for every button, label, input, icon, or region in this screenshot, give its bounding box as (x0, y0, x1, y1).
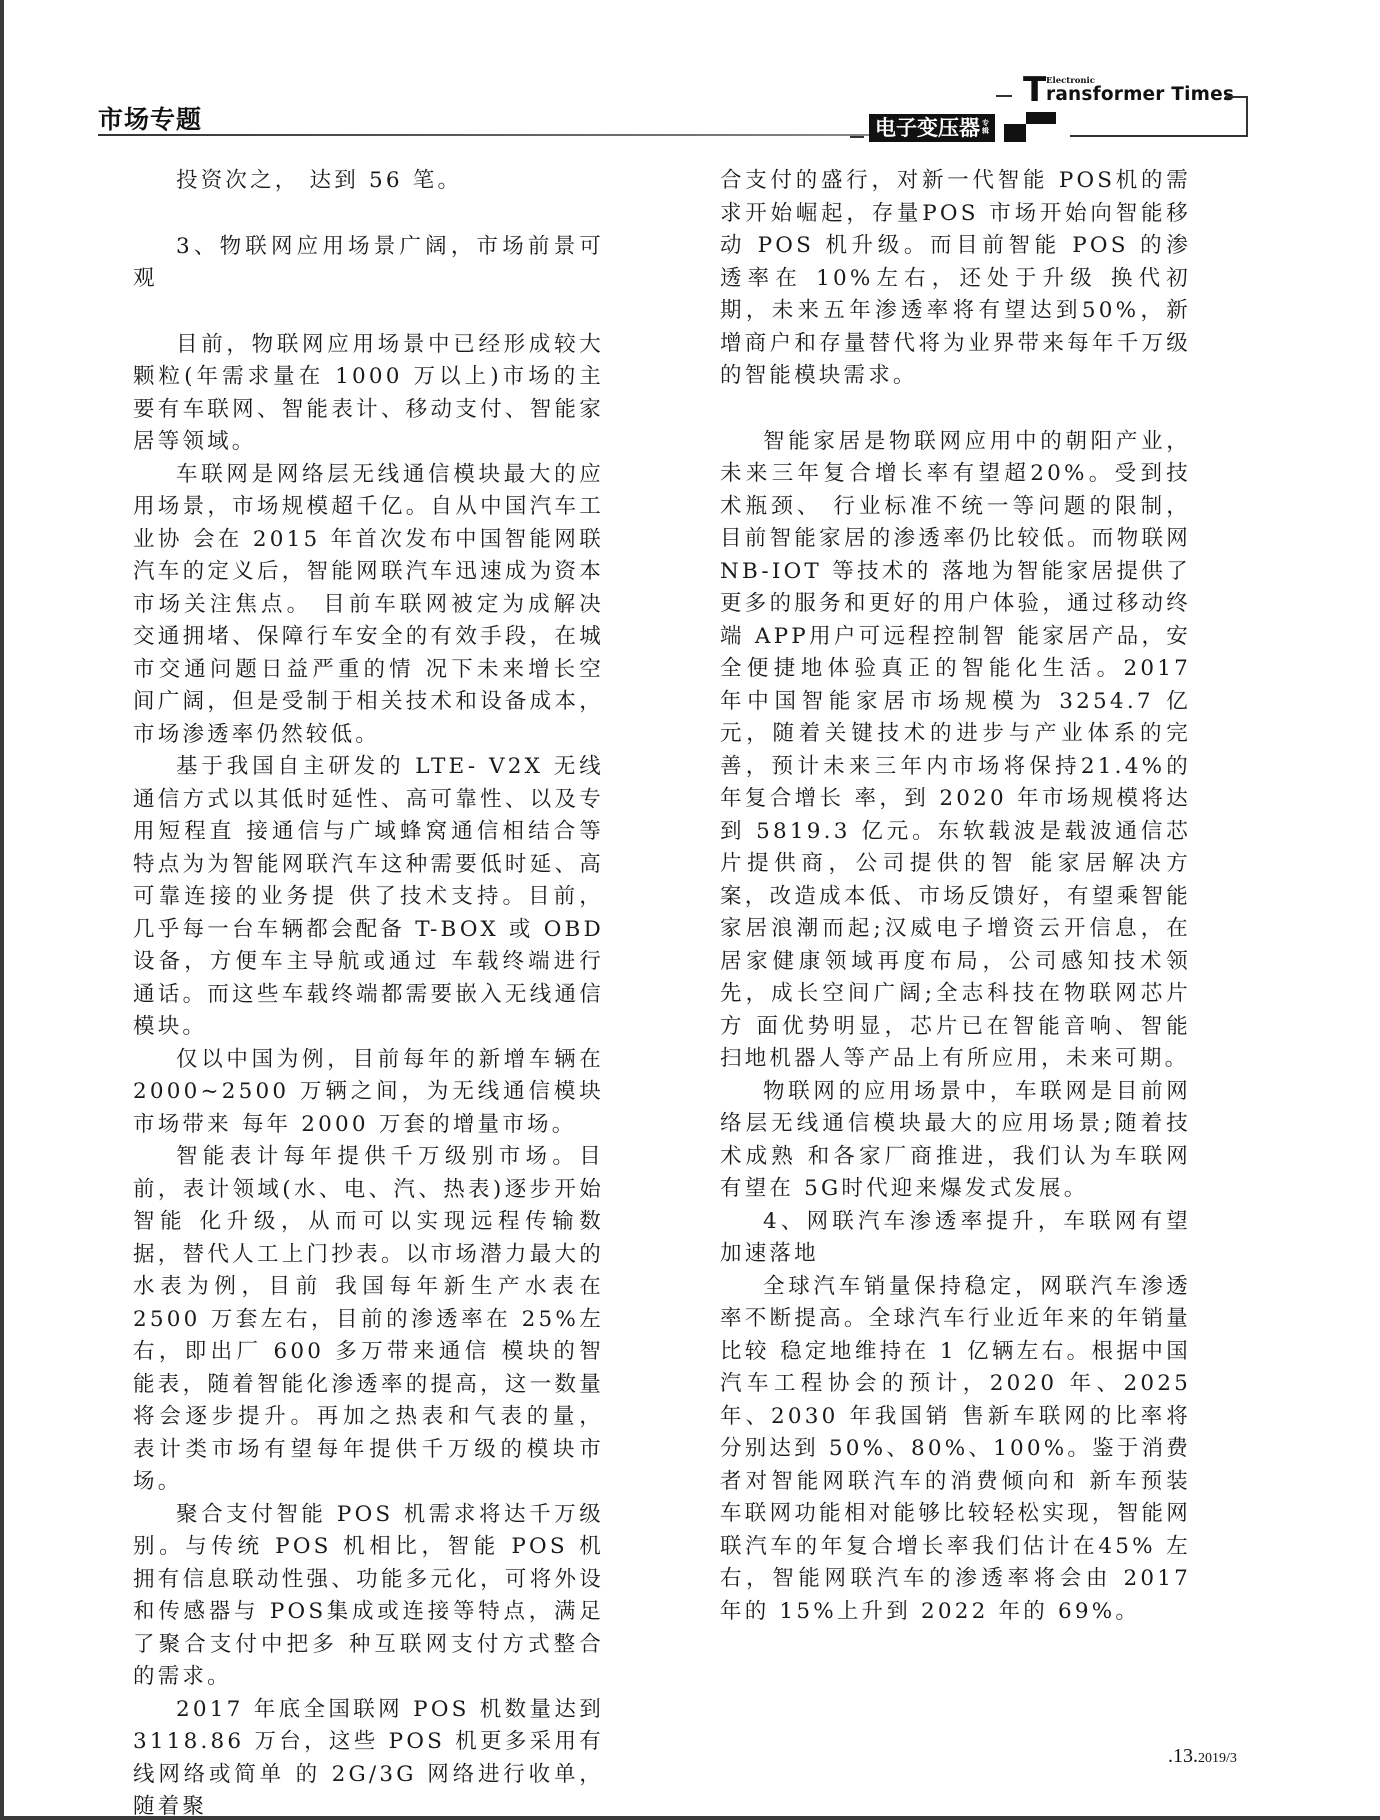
journal-dash-left (996, 95, 1012, 97)
right-column: 合支付的盛行，对新一代智能 POS机的需求开始崛起，存量POS 市场开始向智能移… (720, 165, 1191, 1628)
section-heading: 3、物联网应用场景广阔，市场前景可观 (133, 231, 604, 296)
section-heading: 4、网联汽车渗透率提升，车联网有望加速落地 (720, 1206, 1191, 1271)
paragraph: 基于我国自主研发的 LTE- V2X 无线通信方式以其低时延性、高可靠性、以及专… (133, 751, 604, 1044)
header-rule (98, 134, 876, 136)
journal-logo-name: ransformer Times (1046, 84, 1234, 105)
left-column: 投资次之， 达到 56 笔。 3、物联网应用场景广阔，市场前景可观 目前，物联网… (133, 165, 604, 1820)
paragraph: 2017 年底全国联网 POS 机数量达到 3118.86 万台，这些 POS … (133, 1694, 604, 1820)
journal-dash-right (1225, 96, 1247, 98)
journal-bottom-line (1070, 135, 1248, 137)
paragraph: 仅以中国为例，目前每年的新增车辆在 2000~2500 万辆之间，为无线通信模块… (133, 1044, 604, 1142)
page-number: .13.2019/3 (1168, 1745, 1237, 1768)
paragraph: 智能家居是物联网应用中的朝阳产业，未来三年复合增长率有望超20%。受到技术瓶颈、… (720, 426, 1191, 1076)
paragraph: 物联网的应用场景中，车联网是目前网络层无线通信模块最大的应用场景;随着技术成熟 … (720, 1076, 1191, 1206)
paragraph: 目前，物联网应用场景中已经形成较大颗粒(年需求量在 1000 万以上)市场的主要… (133, 329, 604, 459)
banner-line (850, 136, 864, 138)
banner-title: 电子变压器 (875, 118, 980, 139)
banner-subtitle: 专 辑 (982, 120, 989, 135)
issue-date: 2019/3 (1198, 1751, 1237, 1766)
paragraph: 聚合支付智能 POS 机需求将达千万级别。与传统 POS 机相比，智能 POS … (133, 1499, 604, 1694)
journal-banner: 电子变压器 专 辑 (869, 114, 995, 142)
banner-step-decoration (1004, 124, 1026, 142)
banner-step-decoration (1026, 112, 1056, 124)
paragraph: 车联网是网络层无线通信模块最大的应用场景，市场规模超千亿。自从中国汽车工业协 会… (133, 459, 604, 752)
page-border-left (0, 0, 4, 1820)
paragraph: 投资次之， 达到 56 笔。 (133, 165, 604, 198)
section-title: 市场专题 (98, 100, 202, 136)
journal-bracket (1246, 96, 1248, 137)
paragraph: 全球汽车销量保持稳定，网联汽车渗透率不断提高。全球汽车行业近年来的年销量比较 稳… (720, 1271, 1191, 1629)
paragraph: 合支付的盛行，对新一代智能 POS机的需求开始崛起，存量POS 市场开始向智能移… (720, 165, 1191, 393)
journal-logo-initial: T (1023, 73, 1046, 107)
paragraph: 智能表计每年提供千万级别市场。目前，表计领域(水、电、汽、热表)逐步开始智能 化… (133, 1141, 604, 1499)
